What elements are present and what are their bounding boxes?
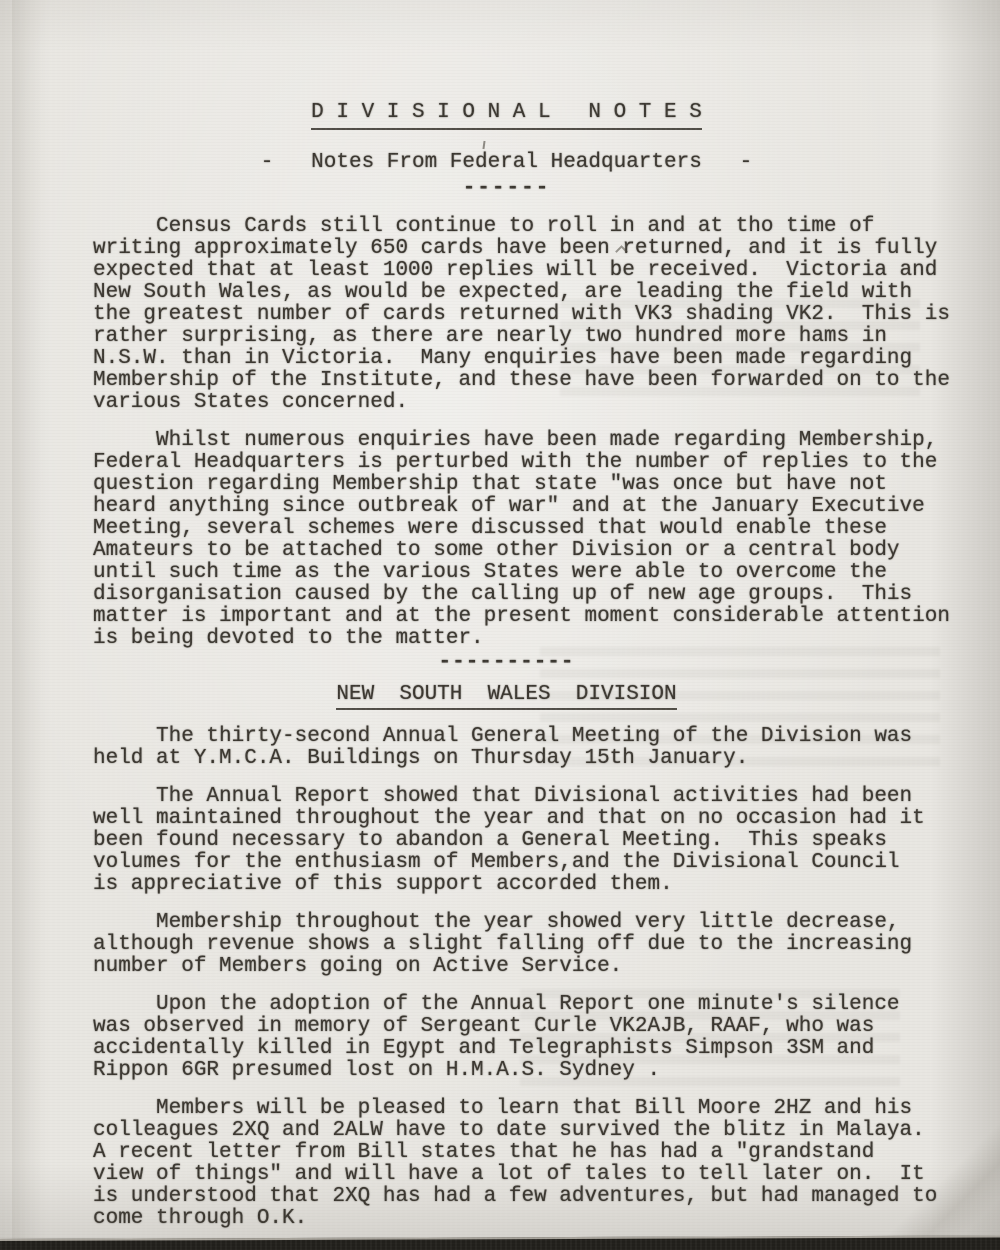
paragraph-membership-enquiries: Whilst numerous enquiries have been made…	[93, 430, 920, 650]
paragraph-minutes-silence: Upon the adoption of the Annual Report o…	[93, 994, 920, 1082]
paragraph-annual-report: The Annual Report showed that Divisional…	[93, 786, 920, 896]
nsw-division-heading: NEW SOUTH WALES DIVISION	[336, 684, 676, 710]
scan-bottom-edge	[0, 1235, 1000, 1250]
subtitle-dash-rule: ------	[93, 178, 920, 200]
document-subtitle: - Notes From Federal Headquarters -	[93, 152, 920, 174]
scanned-document-page: D I V I S I O N A L N O T E S - Notes Fr…	[0, 0, 1000, 1250]
document-title: D I V I S I O N A L N O T E S	[311, 102, 702, 130]
paragraph-annual-general-meeting: The thirty-second Annual General Meeting…	[93, 726, 920, 770]
paragraph-bill-moore-malaya: Members will be pleased to learn that Bi…	[93, 1098, 920, 1230]
paragraph-census-cards: Census Cards still continue to roll in a…	[93, 216, 920, 414]
section-separator-dashes: ----------	[93, 652, 920, 674]
document-body: D I V I S I O N A L N O T E S - Notes Fr…	[0, 0, 1000, 1230]
paragraph-membership-decrease: Membership throughout the year showed ve…	[93, 912, 920, 978]
